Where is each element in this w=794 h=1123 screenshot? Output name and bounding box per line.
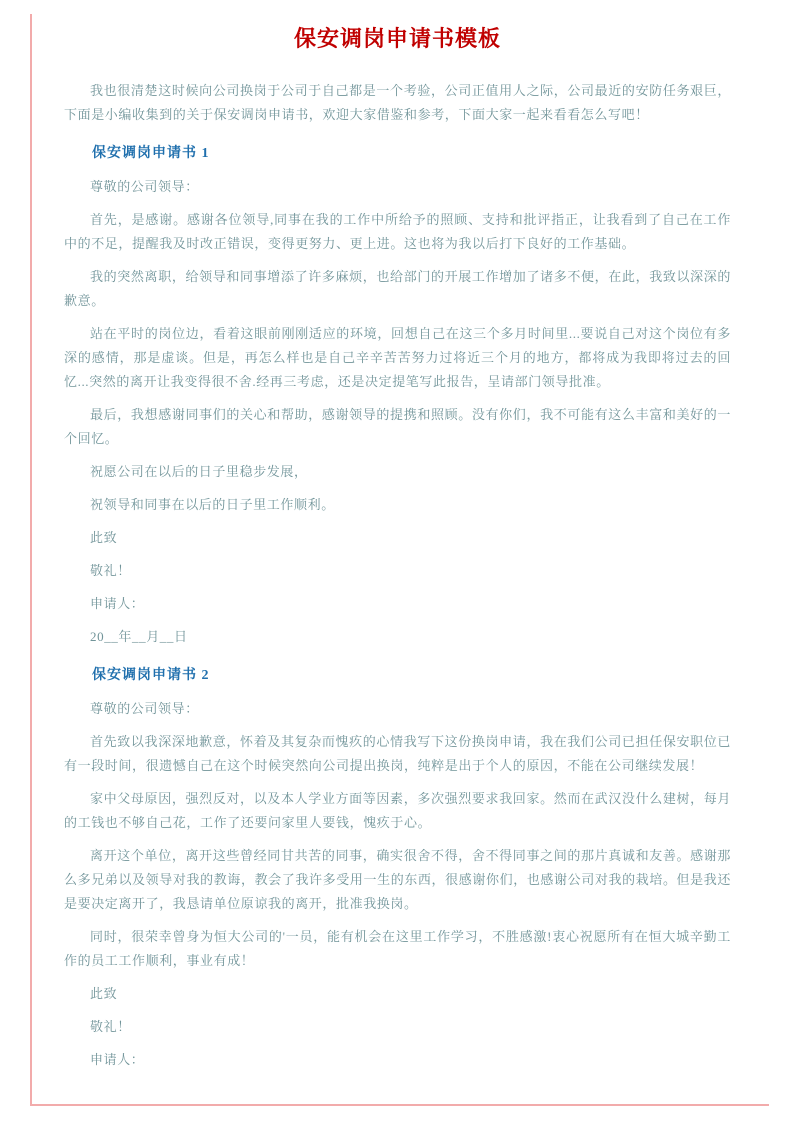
document-title: 保安调岗申请书模板 — [64, 22, 731, 53]
intro-paragraph: 我也很清楚这时候向公司换岗于公司于自己都是一个考验，公司正值用人之际，公司最近的… — [64, 79, 731, 127]
section-1-heading: 保安调岗申请书 1 — [64, 142, 731, 166]
section-1-paragraph: 我的突然离职，给领导和同事增添了许多麻烦，也给部门的开展工作增加了诸多不便，在此… — [64, 265, 731, 313]
section-1-wish-line: 祝领导和同事在以后的日子里工作顺利。 — [64, 493, 731, 517]
section-1-applicant-line: 申请人： — [64, 592, 731, 616]
section-1-salutation: 尊敬的公司领导： — [64, 175, 731, 199]
section-1-closing-cizhi: 此致 — [64, 526, 731, 550]
section-2-paragraph: 离开这个单位，离开这些曾经同甘共苦的同事，确实很舍不得，舍不得同事之间的那片真诚… — [64, 844, 731, 916]
section-2-closing-cizhi: 此致 — [64, 982, 731, 1006]
section-2-salutation: 尊敬的公司领导： — [64, 697, 731, 721]
document-page: 保安调岗申请书模板 我也很清楚这时候向公司换岗于公司于自己都是一个考验，公司正值… — [0, 0, 794, 1123]
section-2-paragraph: 同时，很荣幸曾身为恒大公司的'一员，能有机会在这里工作学习，不胜感激!衷心祝愿所… — [64, 925, 731, 973]
page-border-bottom — [30, 1104, 769, 1106]
page-border-left — [30, 14, 32, 1106]
document-content: 保安调岗申请书模板 我也很清楚这时候向公司换岗于公司于自己都是一个考验，公司正值… — [64, 22, 731, 1081]
section-2-paragraph: 家中父母原因，强烈反对，以及本人学业方面等因素，多次强烈要求我回家。然而在武汉没… — [64, 787, 731, 835]
section-1-paragraph: 站在平时的岗位边，看着这眼前刚刚适应的环境，回想自己在这三个多月时间里...要说… — [64, 322, 731, 394]
section-1-date-line: 20__年__月__日 — [64, 625, 731, 649]
section-2-paragraph: 首先致以我深深地歉意，怀着及其复杂而愧疚的心情我写下这份换岗申请，我在我们公司已… — [64, 730, 731, 778]
section-2-heading: 保安调岗申请书 2 — [64, 664, 731, 688]
section-1-wish-line: 祝愿公司在以后的日子里稳步发展， — [64, 460, 731, 484]
section-1-paragraph: 首先，是感谢。感谢各位领导,同事在我的工作中所给予的照顾、支持和批评指正，让我看… — [64, 208, 731, 256]
section-2-closing-jingli: 敬礼！ — [64, 1015, 731, 1039]
section-1-paragraph: 最后，我想感谢同事们的关心和帮助，感谢领导的提携和照顾。没有你们，我不可能有这么… — [64, 403, 731, 451]
section-2-applicant-line: 申请人： — [64, 1048, 731, 1072]
section-1-closing-jingli: 敬礼！ — [64, 559, 731, 583]
